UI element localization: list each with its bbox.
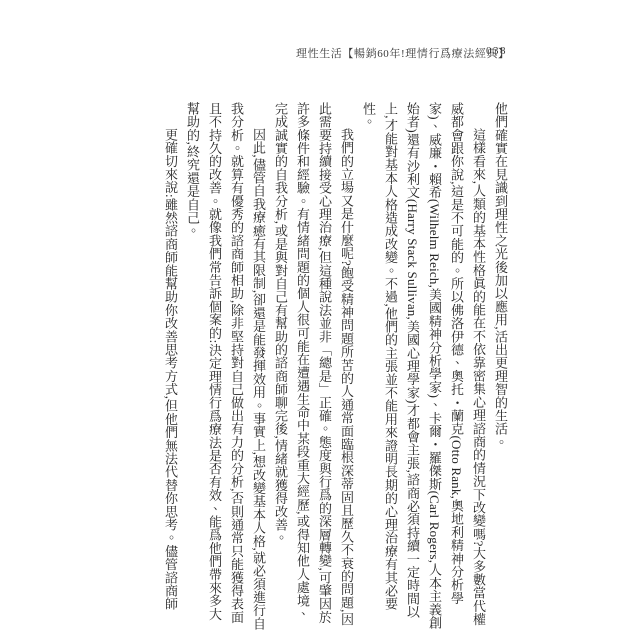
paragraph: 更確切來說:雖然諮商師能幫助你改善思考方式,但他們無法代替你思考。儘管諮商師 — [159, 102, 181, 632]
text-block: 他們確實在見識到理性之光後加以應用,活出更理智的生活。 這樣看來,人類的基本性格… — [159, 102, 511, 632]
book-page: 理性生活【暢銷60年!理情行爲療法經典】 038 他們確實在見識到理性之光後加以… — [0, 0, 640, 640]
paragraph: 這樣看來,人類的基本性格眞的能在不依靠密集心理諮商的情況下改變嗎?大多數當代權威… — [357, 102, 489, 632]
paragraph: 他們確實在見識到理性之光後加以應用,活出更理智的生活。 — [489, 102, 511, 632]
page-number: 038 — [486, 45, 507, 57]
paragraph: 我們的立場又是什麼呢?飽受精神問題所苦的人通常面臨根深蒂固且歷久不衰的問題,因此… — [269, 102, 357, 632]
paragraph: 因此,儘管自我療癒有其限制,卻還是能發揮效用。事實上,想改變基本人格,就必須進行… — [181, 102, 269, 632]
running-title: 理性生活【暢銷60年!理情行爲療法經典】 — [296, 45, 510, 61]
